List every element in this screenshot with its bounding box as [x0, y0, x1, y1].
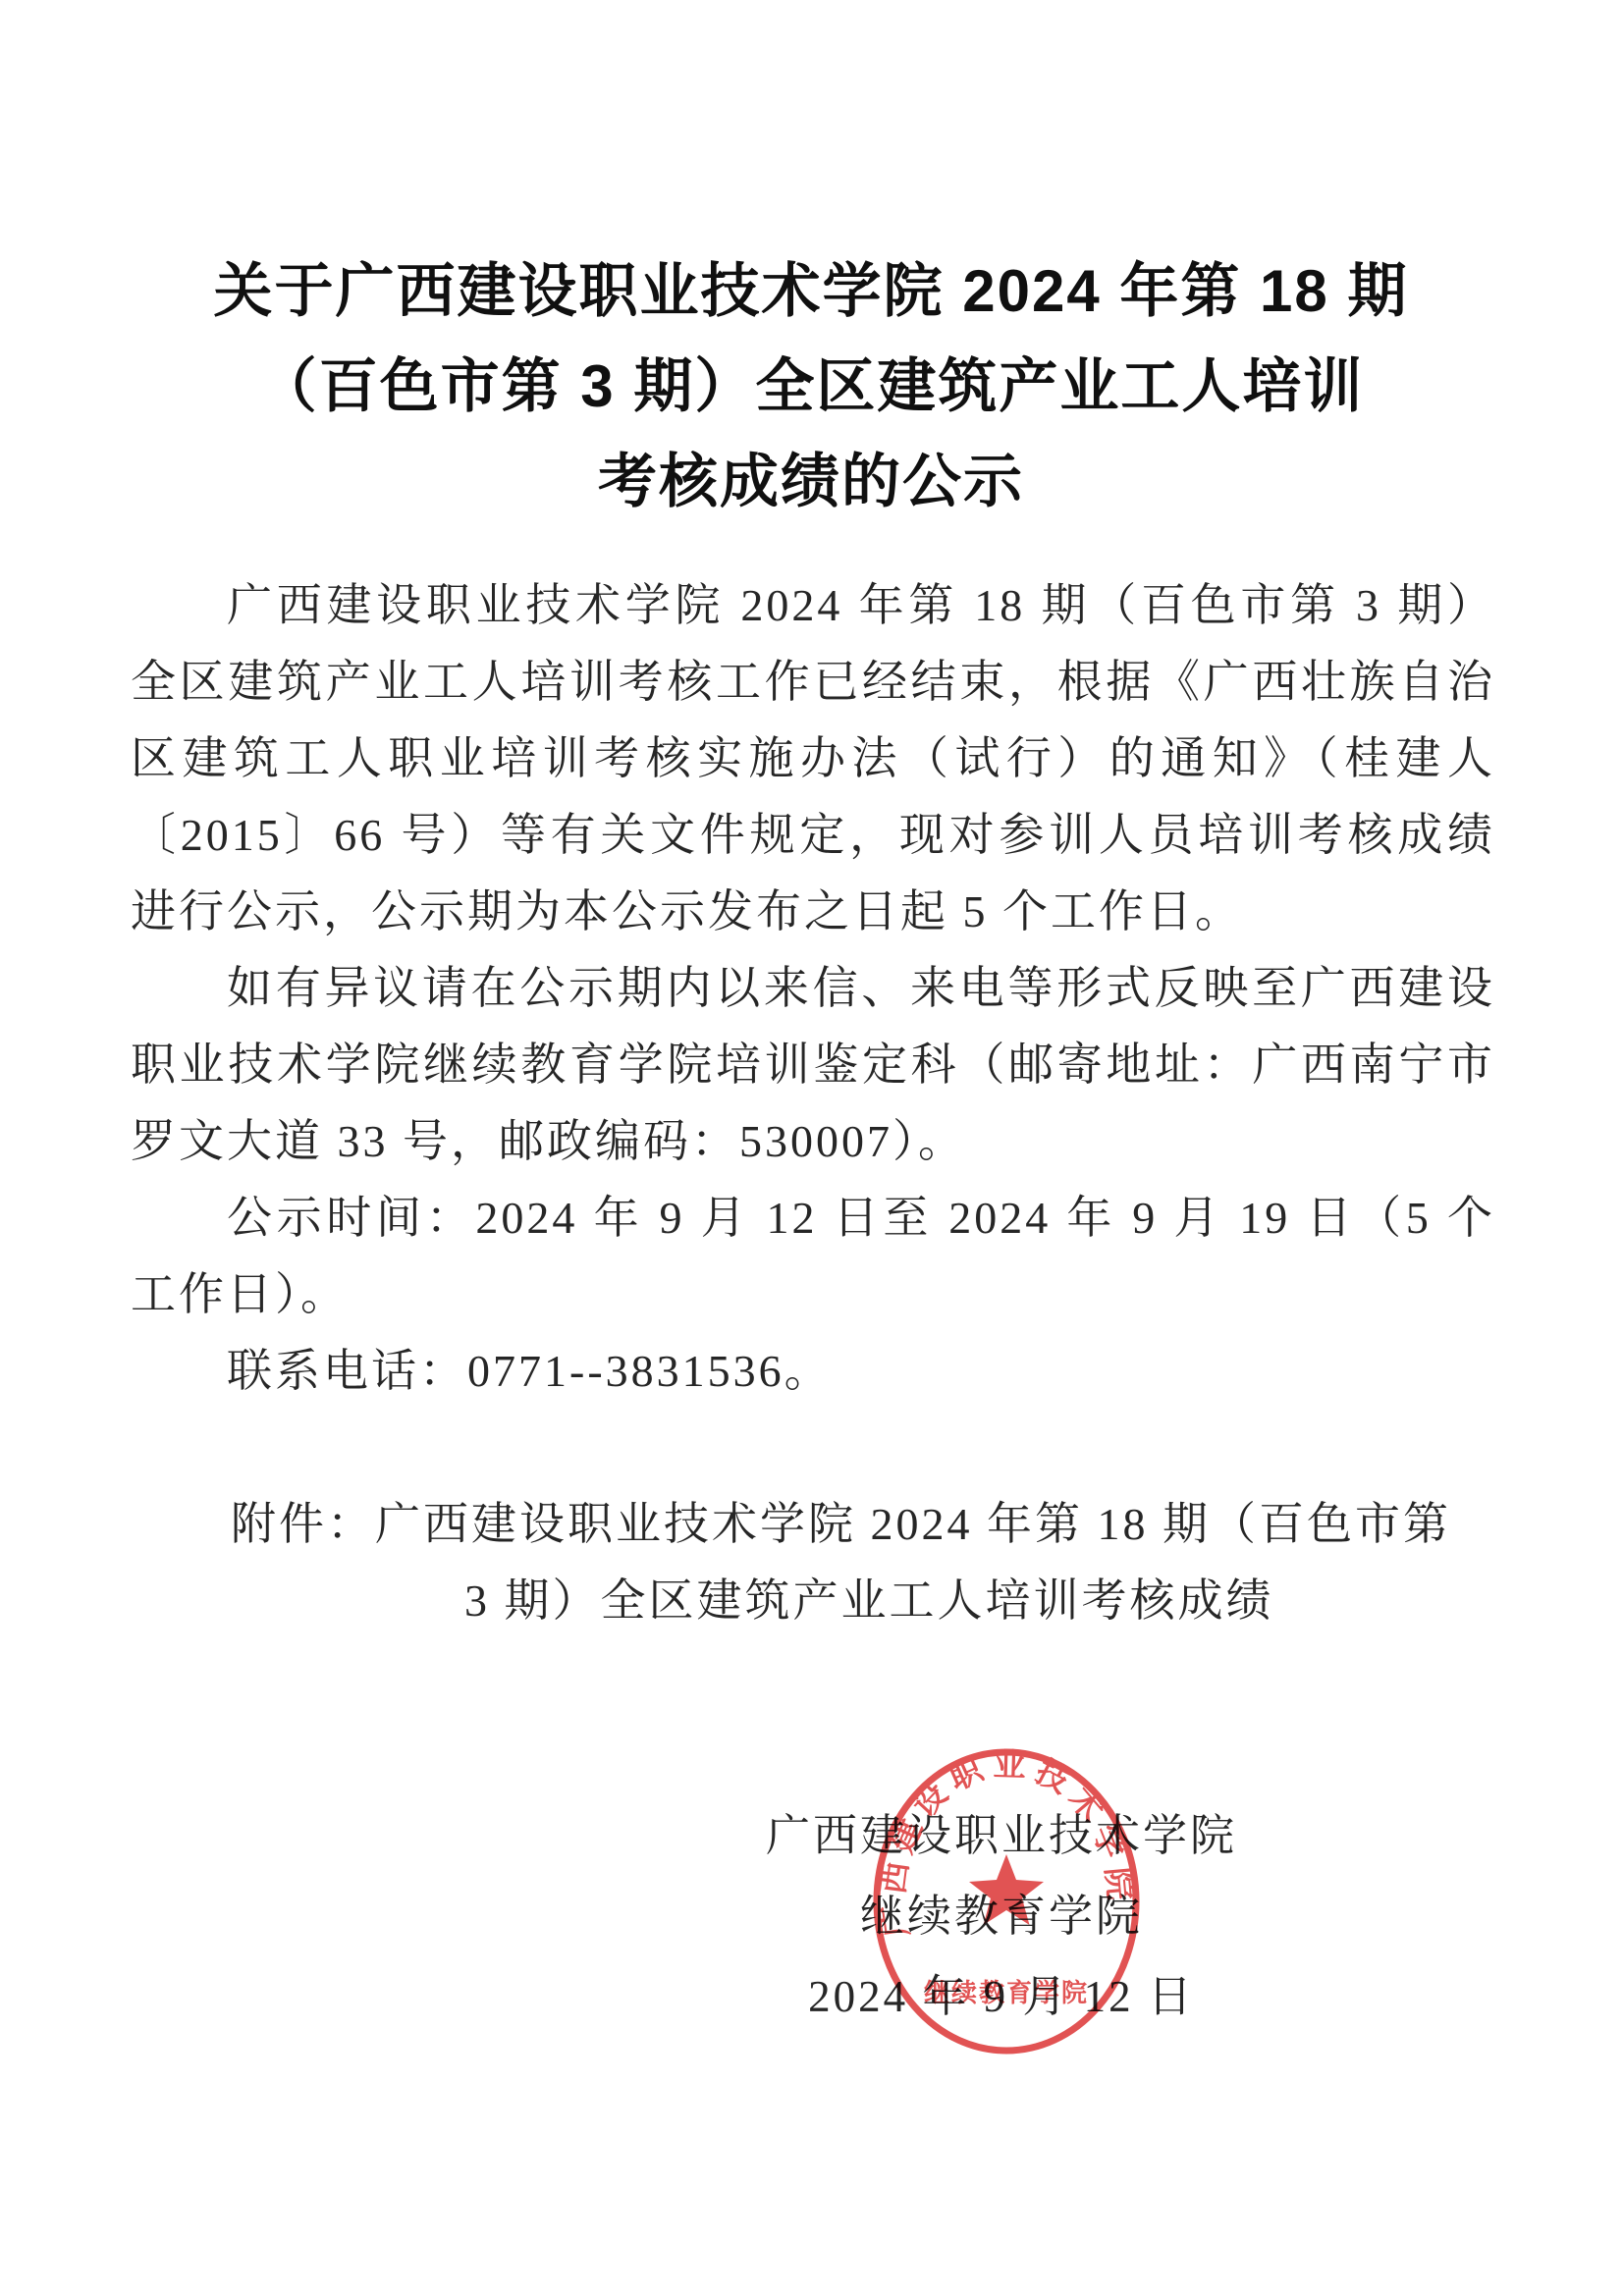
title-line-2: （百色市第 3 期）全区建筑产业工人培训 — [0, 339, 1622, 434]
signature-block: 广西建设职业技术学院 继续教育学院 2024 年 9 月 12 日 — [687, 1795, 1316, 2037]
signature-org-line-1: 广西建设职业技术学院 — [687, 1795, 1316, 1876]
paragraph-objection: 如有异议请在公示期内以来信、来电等形式反映至广西建设职业技术学院继续教育学院培训… — [131, 950, 1495, 1180]
signature-org-line-2: 继续教育学院 — [687, 1876, 1316, 1956]
paragraph-contact-phone: 联系电话：0771--3831536。 — [131, 1333, 1495, 1410]
document-body: 广西建设职业技术学院 2024 年第 18 期（百色市第 3 期）全区建筑产业工… — [131, 567, 1495, 1410]
paragraph-publicity-period: 公示时间：2024 年 9 月 12 日至 2024 年 9 月 19 日（5 … — [131, 1180, 1495, 1333]
document-title: 关于广西建设职业技术学院 2024 年第 18 期 （百色市第 3 期）全区建筑… — [0, 243, 1622, 529]
document-page: 关于广西建设职业技术学院 2024 年第 18 期 （百色市第 3 期）全区建筑… — [0, 0, 1622, 2296]
title-line-3: 考核成绩的公示 — [0, 434, 1622, 529]
attachment-line-2: 3 期）全区建筑产业工人培训考核成绩 — [131, 1563, 1495, 1639]
signature-date: 2024 年 9 月 12 日 — [687, 1956, 1316, 2037]
attachment-block: 附件：广西建设职业技术学院 2024 年第 18 期（百色市第 3 期）全区建筑… — [131, 1486, 1495, 1639]
title-line-1: 关于广西建设职业技术学院 2024 年第 18 期 — [0, 243, 1622, 339]
attachment-line-1: 附件：广西建设职业技术学院 2024 年第 18 期（百色市第 — [131, 1486, 1495, 1563]
paragraph-intro: 广西建设职业技术学院 2024 年第 18 期（百色市第 3 期）全区建筑产业工… — [131, 567, 1495, 950]
